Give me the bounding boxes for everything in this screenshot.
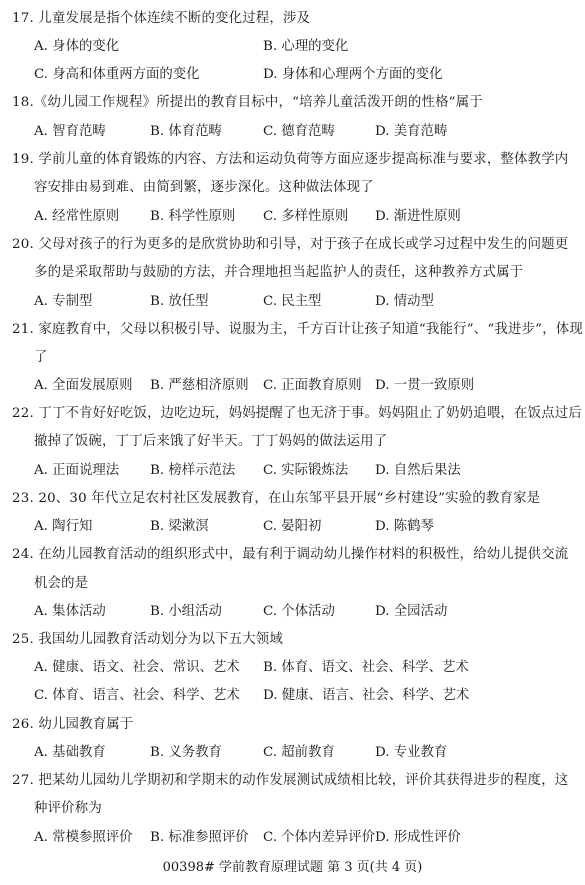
- question-17-option-b: B. 心理的变化: [263, 39, 348, 55]
- exam-page: 17. 儿童发展是指个体连续不断的变化过程，涉及 A. 身体的变化 B. 心理的…: [0, 0, 585, 885]
- question-27-stem-cont: 种评价称为: [34, 801, 102, 817]
- question-27-option-d: D. 形成性评价: [375, 830, 461, 846]
- question-24-option-b: B. 小组活动: [150, 604, 222, 620]
- question-24-option-d: D. 全园活动: [375, 604, 447, 620]
- question-19-option-b: B. 科学性原则: [150, 209, 235, 225]
- question-19-option-d: D. 渐进性原则: [375, 209, 461, 225]
- question-22-option-d: D. 自然后果法: [375, 463, 461, 479]
- question-22-option-b: B. 榜样示范法: [150, 463, 235, 479]
- question-25-option-b: B. 体育、语文、社会、科学、艺术: [263, 660, 469, 676]
- question-26-option-b: B. 义务教育: [150, 745, 222, 761]
- question-20-stem: 20. 父母对孩子的行为更多的是欣赏协助和引导，对于孩子在成长或学习过程中发生的…: [12, 237, 568, 253]
- question-17-option-a: A. 身体的变化: [34, 39, 119, 55]
- question-21-option-d: D. 一贯一致原则: [375, 378, 474, 394]
- question-21-stem-cont: 了: [34, 350, 48, 366]
- question-21-option-b: B. 严慈相济原则: [150, 378, 249, 394]
- question-23-option-d: D. 陈鹤琴: [375, 519, 434, 535]
- question-25-option-c: C. 体育、语言、社会、科学、艺术: [34, 688, 240, 704]
- question-18-stem: 18.《幼儿园工作规程》所提出的教育目标中，“培养儿童活泼开朗的性格”属于: [12, 95, 483, 111]
- question-22-option-a: A. 正面说理法: [34, 463, 119, 479]
- question-27-option-b: B. 标准参照评价: [150, 830, 249, 846]
- question-20-stem-cont: 多的是采取帮助与鼓励的方法，并合理地担当起监护人的责任，这种教养方式属于: [34, 265, 523, 281]
- question-22-stem: 22. 丁丁不肯好好吃饭，边吃边玩，妈妈提醒了也无济于事。妈妈阻止了奶奶追喂，在…: [12, 406, 582, 422]
- page-footer: 00398# 学前教育原理试题 第 3 页(共 4 页): [0, 856, 585, 875]
- question-17-option-d: D. 身体和心理两个方面的变化: [263, 67, 442, 83]
- question-19-option-c: C. 多样性原则: [263, 209, 348, 225]
- question-27-option-c: C. 个体内差异评价: [263, 830, 375, 846]
- question-25-stem: 25. 我国幼儿园教育活动划分为以下五大领域: [12, 632, 283, 648]
- question-18-option-d: D. 美育范畴: [375, 124, 447, 140]
- question-21-stem: 21. 家庭教育中，父母以积极引导、说服为主，千方百计让孩子知道“我能行”、“我…: [12, 322, 583, 338]
- question-17-option-c: C. 身高和体重两方面的变化: [34, 67, 200, 83]
- question-24-stem-cont: 机会的是: [34, 576, 88, 592]
- question-23-option-c: C. 晏阳初: [263, 519, 321, 535]
- question-23-stem: 23. 20、30 年代立足农村社区发展教育，在山东邹平县开展“乡村建设”实验的…: [12, 491, 540, 507]
- question-22-option-c: C. 实际锻炼法: [263, 463, 348, 479]
- question-26-stem: 26. 幼儿园教育属于: [12, 717, 134, 733]
- question-17-stem: 17. 儿童发展是指个体连续不断的变化过程，涉及: [12, 11, 310, 27]
- question-24-option-c: C. 个体活动: [263, 604, 335, 620]
- question-23-option-a: A. 陶行知: [34, 519, 92, 535]
- question-25-option-d: D. 健康、语言、社会、科学、艺术: [263, 688, 469, 704]
- question-19-stem-cont: 容安排由易到难、由简到繁，逐步深化。这种做法体现了: [34, 180, 374, 196]
- question-26-option-a: A. 基础教育: [34, 745, 106, 761]
- question-27-stem: 27. 把某幼儿园幼儿学期初和学期末的动作发展测试成绩相比较，评价其获得进步的程…: [12, 773, 568, 789]
- question-19-option-a: A. 经常性原则: [34, 209, 119, 225]
- question-22-stem-cont: 撤掉了饭碗，丁丁后来饿了好半天。丁丁妈妈的做法运用了: [34, 434, 387, 450]
- question-21-option-c: C. 正面教育原则: [263, 378, 362, 394]
- question-23-option-b: B. 梁漱溟: [150, 519, 209, 535]
- question-24-stem: 24. 在幼儿园教育活动的组织形式中，最有利于调动幼儿操作材料的积极性，给幼儿提…: [12, 547, 568, 563]
- question-18-option-b: B. 体育范畴: [150, 124, 222, 140]
- question-20-option-b: B. 放任型: [150, 294, 209, 310]
- question-18-option-c: C. 德育范畴: [263, 124, 335, 140]
- question-21-option-a: A. 全面发展原则: [34, 378, 133, 394]
- question-24-option-a: A. 集体活动: [34, 604, 106, 620]
- question-27-option-a: A. 常模参照评价: [34, 830, 133, 846]
- question-20-option-d: D. 情动型: [375, 294, 434, 310]
- question-18-option-a: A. 智育范畴: [34, 124, 106, 140]
- question-19-stem: 19. 学前儿童的体育锻炼的内容、方法和运动负荷等方面应逐步提高标准与要求，整体…: [12, 152, 568, 168]
- question-25-option-a: A. 健康、语文、社会、常识、艺术: [34, 660, 240, 676]
- question-20-option-a: A. 专制型: [34, 294, 92, 310]
- question-26-option-d: D. 专业教育: [375, 745, 447, 761]
- question-20-option-c: C. 民主型: [263, 294, 321, 310]
- question-26-option-c: C. 超前教育: [263, 745, 335, 761]
